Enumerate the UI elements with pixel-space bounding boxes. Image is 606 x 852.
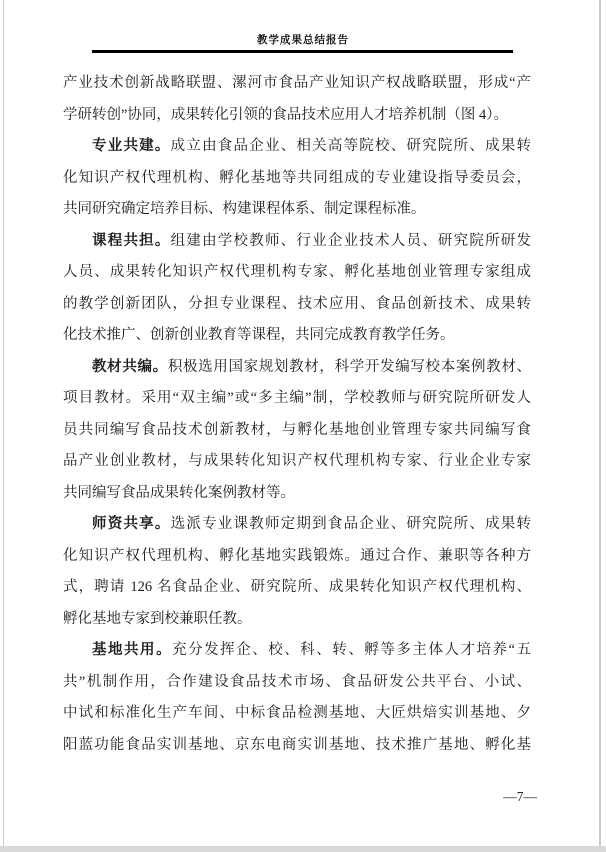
paragraph-course-sharing: 课程共担。组建由学校教师、行业企业技术人员、研究院所研发 人员、成果转化知识产权… bbox=[63, 226, 531, 352]
paragraph-base-sharing: 基地共用。充分发挥企、校、科、转、孵等多主体人才培养“五 共”机制作用，合作建设… bbox=[63, 635, 531, 761]
text-line: 阳蓝功能食品实训基地、京东电商实训基地、技术推广基地、孵化基 bbox=[63, 730, 531, 762]
scan-edge-bottom bbox=[0, 846, 606, 852]
text-line: 教材共编。积极选用国家规划教材，科学开发编写校本案例教材、 bbox=[63, 352, 531, 384]
text-line: 员共同编写食品技术创新教材，与孵化基地创业管理专家共同编写食 bbox=[63, 415, 531, 447]
text-line: 共同编写食品成果转化案例教材等。 bbox=[63, 478, 531, 510]
paragraph-text: 积极选用国家规划教材，科学开发编写校本案例教材、 bbox=[168, 359, 531, 375]
text-line: 品产业创业教材，与成果转化知识产权代理机构专家、行业企业专家 bbox=[63, 446, 531, 478]
header-rule bbox=[92, 50, 513, 53]
paragraph-lead: 师资共享。 bbox=[92, 516, 171, 532]
paragraph-text: 组建由学校教师、行业企业技术人员、研究院所研发 bbox=[171, 233, 531, 249]
page-number: —7— bbox=[503, 789, 537, 805]
text-line: 孵化基地专家到校兼职任教。 bbox=[63, 604, 531, 636]
text-line: 共”机制作用，合作建设食品技术市场、食品研发公共平台、小试、 bbox=[63, 667, 531, 699]
scan-edge-right bbox=[599, 0, 601, 846]
text-line: 学研转创”协同，成果转化引领的食品技术应用人才培养机制（图 4）。 bbox=[63, 100, 531, 132]
scanned-report-page: { "page": { "header_title": "教学成果总结报告", … bbox=[0, 0, 606, 852]
document-body: 产业技术创新战略联盟、漯河市食品产业知识产权战略联盟，形成“产 学研转创”协同，… bbox=[63, 68, 531, 761]
text-line: 的教学创新团队，分担专业课程、技术应用、食品创新技术、成果转 bbox=[63, 289, 531, 321]
paragraph-text: 充分发挥企、校、科、转、孵等多主体人才培养“五 bbox=[172, 642, 531, 658]
text-line: 化知识产权代理机构、孵化基地实践锻炼。通过合作、兼职等各种方 bbox=[63, 541, 531, 573]
paragraph-faculty-sharing: 师资共享。选派专业课教师定期到食品企业、研究院所、成果转 化知识产权代理机构、孵… bbox=[63, 509, 531, 635]
paragraph-text: 成立由食品企业、相关高等院校、研究院所、成果转 bbox=[171, 138, 531, 154]
paragraph-text: 选派专业课教师定期到食品企业、研究院所、成果转 bbox=[171, 516, 531, 532]
paragraph-lead: 基地共用。 bbox=[92, 642, 172, 658]
text-line: 人员、成果转化知识产权代理机构专家、孵化基地创业管理专家组成 bbox=[63, 257, 531, 289]
text-line: 化知识产权代理机构、孵化基地等共同组成的专业建设指导委员会， bbox=[63, 163, 531, 195]
text-line: 课程共担。组建由学校教师、行业企业技术人员、研究院所研发 bbox=[63, 226, 531, 258]
page-header-title: 教学成果总结报告 bbox=[0, 32, 606, 47]
text-line: 师资共享。选派专业课教师定期到食品企业、研究院所、成果转 bbox=[63, 509, 531, 541]
paragraph-lead: 教材共编。 bbox=[92, 359, 168, 375]
paragraph-lead: 课程共担。 bbox=[92, 233, 171, 249]
text-line: 基地共用。充分发挥企、校、科、转、孵等多主体人才培养“五 bbox=[63, 635, 531, 667]
text-line: 共同研究确定培养目标、构建课程体系、制定课程标准。 bbox=[63, 194, 531, 226]
text-line: 项目教材。采用“双主编”或“多主编”制，学校教师与研究院所研发人 bbox=[63, 383, 531, 415]
paragraph-lead: 专业共建。 bbox=[92, 138, 171, 154]
text-line: 中试和标准化生产车间、中标食品检测基地、大匠烘焙实训基地、夕 bbox=[63, 698, 531, 730]
text-line: 专业共建。成立由食品企业、相关高等院校、研究院所、成果转 bbox=[63, 131, 531, 163]
paragraph-textbook-coediting: 教材共编。积极选用国家规划教材，科学开发编写校本案例教材、 项目教材。采用“双主… bbox=[63, 352, 531, 510]
paragraph-intro: 产业技术创新战略联盟、漯河市食品产业知识产权战略联盟，形成“产 学研转创”协同，… bbox=[63, 68, 531, 131]
text-line: 产业技术创新战略联盟、漯河市食品产业知识产权战略联盟，形成“产 bbox=[63, 68, 531, 100]
scan-edge-left bbox=[3, 0, 4, 846]
text-line: 化技术推广、创新创业教育等课程，共同完成教育教学任务。 bbox=[63, 320, 531, 352]
text-line: 式，聘请 126 名食品企业、研究院所、成果转化知识产权代理机构、 bbox=[63, 572, 531, 604]
paragraph-major-cojoint: 专业共建。成立由食品企业、相关高等院校、研究院所、成果转 化知识产权代理机构、孵… bbox=[63, 131, 531, 226]
